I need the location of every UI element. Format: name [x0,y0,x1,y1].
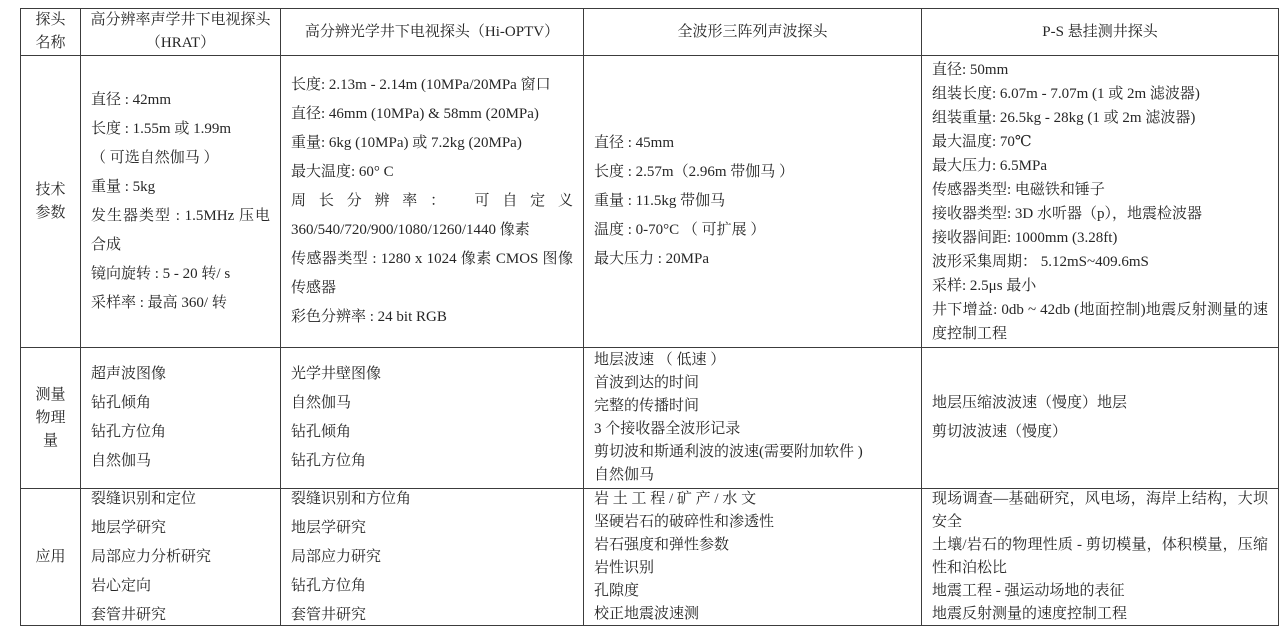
text-line: 参数 [35,202,65,225]
text-line: 岩心定向 [91,572,270,601]
text-line: （ 可选自然伽马 ） [91,144,270,173]
text-line: 裂缝识别和定位 [91,489,270,514]
text-line: 发生器类型 : 1.5MHz 压电合成 [91,202,270,260]
cell-tech-hrat: 直径 : 42mm长度 : 1.55m 或 1.99m（ 可选自然伽马 ）重量 … [81,56,281,348]
text-line: 超声波图像 [91,360,270,389]
text-line: 长度 : 1.55m 或 1.99m [91,115,270,144]
text-line: 最大压力 : 20MPa [594,245,911,274]
row-label-technical-parameters: 技术参数 [21,56,81,348]
probe-spec-table: 探头名称 高分辨率声学井下电视探头（HRAT） 高分辨光学井下电视探头（Hi-O… [20,8,1279,626]
cell-tech-full-waveform-sonic: 直径 : 45mm长度 : 2.57m（2.96m 带伽马 ）重量 : 11.5… [584,56,922,348]
column-header-hrat: 高分辨率声学井下电视探头（HRAT） [81,9,281,56]
text-line: 井下增益: 0db ~ 42db (地面控制)地震反射测量的速度控制工程 [932,298,1268,346]
text-line: 地震反射测量的速度控制工程 [932,603,1268,626]
text-line: 自然伽马 [594,464,911,487]
text-line: 剪切波波速（慢度） [932,418,1268,447]
text-line: 岩性识别 [594,557,911,580]
text-line: 采样: 2.5μs 最小 [932,274,1268,298]
text-line: 长度: 2.13m - 2.14m (10MPa/20MPa 窗口 [291,71,573,100]
text-line: 坚硬岩石的破碎性和渗透性 [594,511,911,534]
text-line: 钻孔倾角 [291,418,573,447]
text-line: 接收器类型: 3D 水听器（p），地震检波器 [932,202,1268,226]
text-line: 剪切波和斯通利波的波速(需要附加软件 ) [594,441,911,464]
text-line: 直径 : 45mm [594,129,911,158]
text-line: 自然伽马 [91,447,270,476]
text-line: 直径: 50mm [932,58,1268,82]
text-line: 岩 土 工 程 / 矿 产 / 水 文 [594,489,911,511]
text-line: 校正地震波速测 [594,603,911,626]
corner-header-probe-name: 探头名称 [21,9,81,56]
document-page: 探头名称 高分辨率声学井下电视探头（HRAT） 高分辨光学井下电视探头（Hi-O… [0,0,1283,632]
text-line: 光学井壁图像 [291,360,573,389]
text-line: 测量 [35,384,65,407]
text-line: 温度 : 0-70°C （ 可扩展 ） [594,216,911,245]
text-line: 镜向旋转 : 5 - 20 转/ s [91,260,270,289]
text-line: 裂缝识别和方位角 [291,489,573,514]
text-line: 技术 [35,179,65,202]
text-line: 自然伽马 [291,389,573,418]
text-line: 岩石强度和弹性参数 [594,534,911,557]
text-line: 孔隙度 [594,580,911,603]
text-line: 钻孔方位角 [291,572,573,601]
text-line: 长度 : 2.57m（2.96m 带伽马 ） [594,158,911,187]
cell-app-hrat: 裂缝识别和定位地层学研究局部应力分析研究岩心定向套管井研究 [81,489,281,626]
text-line: 套管井研究 [91,601,270,627]
text-line: 地震工程 - 强运动场地的表征 [932,580,1268,603]
text-line: 传感器类型 : 1280 x 1024 像素 CMOS 图像传感器 [291,245,573,303]
column-header-full-waveform-sonic: 全波形三阵列声波探头 [584,9,922,56]
text-line: 直径: 46mm (10MPa) & 58mm (20MPa) [291,100,573,129]
cell-measure-hrat: 超声波图像钻孔倾角钻孔方位角自然伽马 [81,348,281,489]
cell-app-hi-optv: 裂缝识别和方位角地层学研究局部应力研究钻孔方位角套管井研究 [281,489,584,626]
text-line: 完整的传播时间 [594,395,911,418]
text-line: 物理 [35,407,65,430]
text-line: 地层学研究 [291,514,573,543]
text-line: 钻孔方位角 [91,418,270,447]
text-line: 最大温度: 70℃ [932,130,1268,154]
text-line: 局部应力分析研究 [91,543,270,572]
text-line: 波形采集周期： 5.12mS~409.6mS [932,250,1268,274]
text-line: 地层学研究 [91,514,270,543]
cell-measure-full-waveform-sonic: 地层波速 （ 低速 ）首波到达的时间完整的传播时间3 个接收器全波形记录剪切波和… [584,348,922,489]
text-line: 地层压缩波波速（慢度）地层 [932,389,1268,418]
text-line: 最大压力: 6.5MPa [932,154,1268,178]
row-label-applications: 应用 [21,489,81,626]
text-line: 组装重量: 26.5kg - 28kg (1 或 2m 滤波器) [932,106,1268,130]
text-line: 量 [43,430,58,453]
text-line: 重量 : 5kg [91,173,270,202]
text-line: 接收器间距: 1000mm (3.28ft) [932,226,1268,250]
text-line: 最大温度: 60° C [291,158,573,187]
text-line: 探头 [35,9,65,32]
text-line: 应用 [35,546,65,569]
text-line: 首波到达的时间 [594,372,911,395]
text-line: 名称 [35,32,65,55]
cell-app-ps-suspension: 现场调查—基础研究，风电场，海岸上结构，大坝安全土壤/岩石的物理性质 - 剪切模… [922,489,1279,626]
text-line: 钻孔方位角 [291,447,573,476]
text-line: 土壤/岩石的物理性质 - 剪切模量，体积模量，压缩性和泊松比 [932,534,1268,580]
cell-app-full-waveform-sonic: 岩 土 工 程 / 矿 产 / 水 文坚硬岩石的破碎性和渗透性岩石强度和弹性参数… [584,489,922,626]
text-line: 地层波速 （ 低速 ） [594,349,911,372]
text-line: 局部应力研究 [291,543,573,572]
text-line: 传感器类型: 电磁铁和锤子 [932,178,1268,202]
cell-measure-hi-optv: 光学井壁图像自然伽马钻孔倾角钻孔方位角 [281,348,584,489]
text-line: 重量: 6kg (10MPa) 或 7.2kg (20MPa) [291,129,573,158]
cell-tech-ps-suspension: 直径: 50mm组装长度: 6.07m - 7.07m (1 或 2m 滤波器)… [922,56,1279,348]
column-header-hi-optv: 高分辨光学井下电视探头（Hi-OPTV） [281,9,584,56]
text-line: 重量 : 11.5kg 带伽马 [594,187,911,216]
text-line: 彩色分辨率 : 24 bit RGB [291,303,573,332]
text-line: 套管井研究 [291,601,573,627]
text-line: 直径 : 42mm [91,86,270,115]
column-header-ps-suspension: P-S 悬挂测井探头 [922,9,1279,56]
text-line: 采样率 : 最高 360/ 转 [91,289,270,318]
row-label-measured-quantities: 测量物理量 [21,348,81,489]
text-line: 钻孔倾角 [91,389,270,418]
cell-measure-ps-suspension: 地层压缩波波速（慢度）地层剪切波波速（慢度） [922,348,1279,489]
cell-tech-hi-optv: 长度: 2.13m - 2.14m (10MPa/20MPa 窗口直径: 46m… [281,56,584,348]
text-line: 组装长度: 6.07m - 7.07m (1 或 2m 滤波器) [932,82,1268,106]
text-line: 现场调查—基础研究，风电场，海岸上结构，大坝安全 [932,489,1268,534]
text-line: 周长分辨率： 可自定义 360/540/720/900/1080/1260/14… [291,187,573,245]
text-line: 3 个接收器全波形记录 [594,418,911,441]
